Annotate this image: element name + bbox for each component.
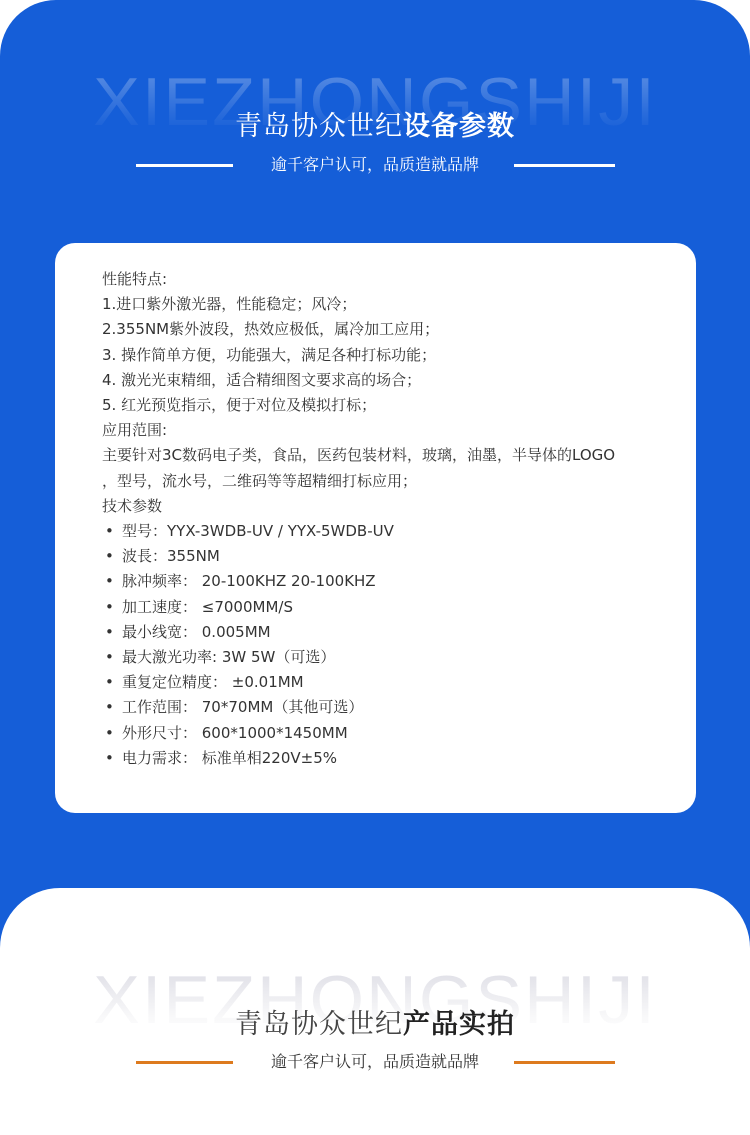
- title-topic: 设备参数: [403, 111, 515, 142]
- tech-spec-item: •工作范围： 70*70MM（其他可选）: [102, 695, 656, 720]
- feature-item: 3. 操作简单方便，功能强大，满足各种打标功能；: [102, 343, 656, 368]
- section-subtitle: 逾千客户认可，品质造就品牌: [0, 154, 750, 176]
- bullet-icon: •: [105, 645, 114, 670]
- divider-right: [514, 164, 615, 167]
- tech-spec-text: 最小线宽： 0.005MM: [122, 623, 271, 641]
- tech-spec-text: 重复定位精度： ±0.01MM: [122, 673, 304, 691]
- tech-spec-item: •脉冲频率： 20-100KHZ 20-100KHZ: [102, 569, 656, 594]
- tech-spec-text: 波長：355NM: [122, 547, 220, 565]
- tech-spec-item: •重复定位精度： ±0.01MM: [102, 670, 656, 695]
- tech-spec-item: •型号：YYX-3WDB-UV / YYX-5WDB-UV: [102, 519, 656, 544]
- bullet-icon: •: [105, 695, 114, 720]
- applications-heading: 应用范围:: [102, 418, 656, 443]
- tech-spec-text: 电力需求： 标准单相220V±5%: [122, 749, 337, 767]
- bullet-icon: •: [105, 544, 114, 569]
- bullet-icon: •: [105, 595, 114, 620]
- title-topic: 产品实拍: [403, 1009, 515, 1040]
- section-subtitle: 逾千客户认可，品质造就品牌: [0, 1051, 750, 1073]
- feature-item: 1.进口紫外激光器，性能稳定；风冷；: [102, 292, 656, 317]
- section-title: 青岛协众世纪设备参数: [0, 110, 750, 144]
- bullet-icon: •: [105, 569, 114, 594]
- tech-spec-text: 外形尺寸： 600*1000*1450MM: [122, 724, 348, 742]
- applications-text-line2: ，型号，流水号，二维码等等超精细打标应用；: [102, 469, 656, 494]
- bullet-icon: •: [105, 721, 114, 746]
- title-company: 青岛协众世纪: [235, 111, 403, 142]
- tech-spec-text: 型号：YYX-3WDB-UV / YYX-5WDB-UV: [122, 522, 394, 540]
- bullet-icon: •: [105, 670, 114, 695]
- feature-item: 2.355NM紫外波段，热效应极低，属冷加工应用；: [102, 317, 656, 342]
- tech-spec-item: •最小线宽： 0.005MM: [102, 620, 656, 645]
- bullet-icon: •: [105, 746, 114, 771]
- bullet-icon: •: [105, 620, 114, 645]
- spec-card: 性能特点: 1.进口紫外激光器，性能稳定；风冷； 2.355NM紫外波段，热效应…: [55, 243, 696, 813]
- params-section: XIEZHONGSHIJI 青岛协众世纪设备参数 逾千客户认可，品质造就品牌 性…: [0, 0, 750, 960]
- features-heading: 性能特点:: [102, 267, 656, 292]
- tech-spec-text: 脉冲频率： 20-100KHZ 20-100KHZ: [122, 572, 376, 590]
- section-title: 青岛协众世纪产品实拍: [0, 1008, 750, 1042]
- tech-spec-list: •型号：YYX-3WDB-UV / YYX-5WDB-UV •波長：355NM …: [102, 519, 656, 771]
- bullet-icon: •: [105, 519, 114, 544]
- tech-spec-text: 工作范围： 70*70MM（其他可选）: [122, 698, 363, 716]
- title-company: 青岛协众世纪: [235, 1009, 403, 1040]
- tech-spec-text: 加工速度： ≤7000MM/S: [122, 598, 293, 616]
- feature-item: 4. 激光光束精细，适合精细图文要求高的场合；: [102, 368, 656, 393]
- tech-spec-item: •最大激光功率: 3W 5W（可选）: [102, 645, 656, 670]
- tech-spec-item: •电力需求： 标准单相220V±5%: [102, 746, 656, 771]
- tech-heading: 技术参数: [102, 494, 656, 519]
- tech-spec-item: •外形尺寸： 600*1000*1450MM: [102, 721, 656, 746]
- tech-spec-item: •加工速度： ≤7000MM/S: [102, 595, 656, 620]
- tech-spec-item: •波長：355NM: [102, 544, 656, 569]
- feature-item: 5. 红光预览指示，便于对位及模拟打标；: [102, 393, 656, 418]
- applications-text-line1: 主要针对3C数码电子类，食品，医药包装材料，玻璃，油墨，半导体的LOGO: [102, 443, 656, 468]
- divider-right: [514, 1061, 615, 1064]
- tech-spec-text: 最大激光功率: 3W 5W（可选）: [122, 648, 335, 666]
